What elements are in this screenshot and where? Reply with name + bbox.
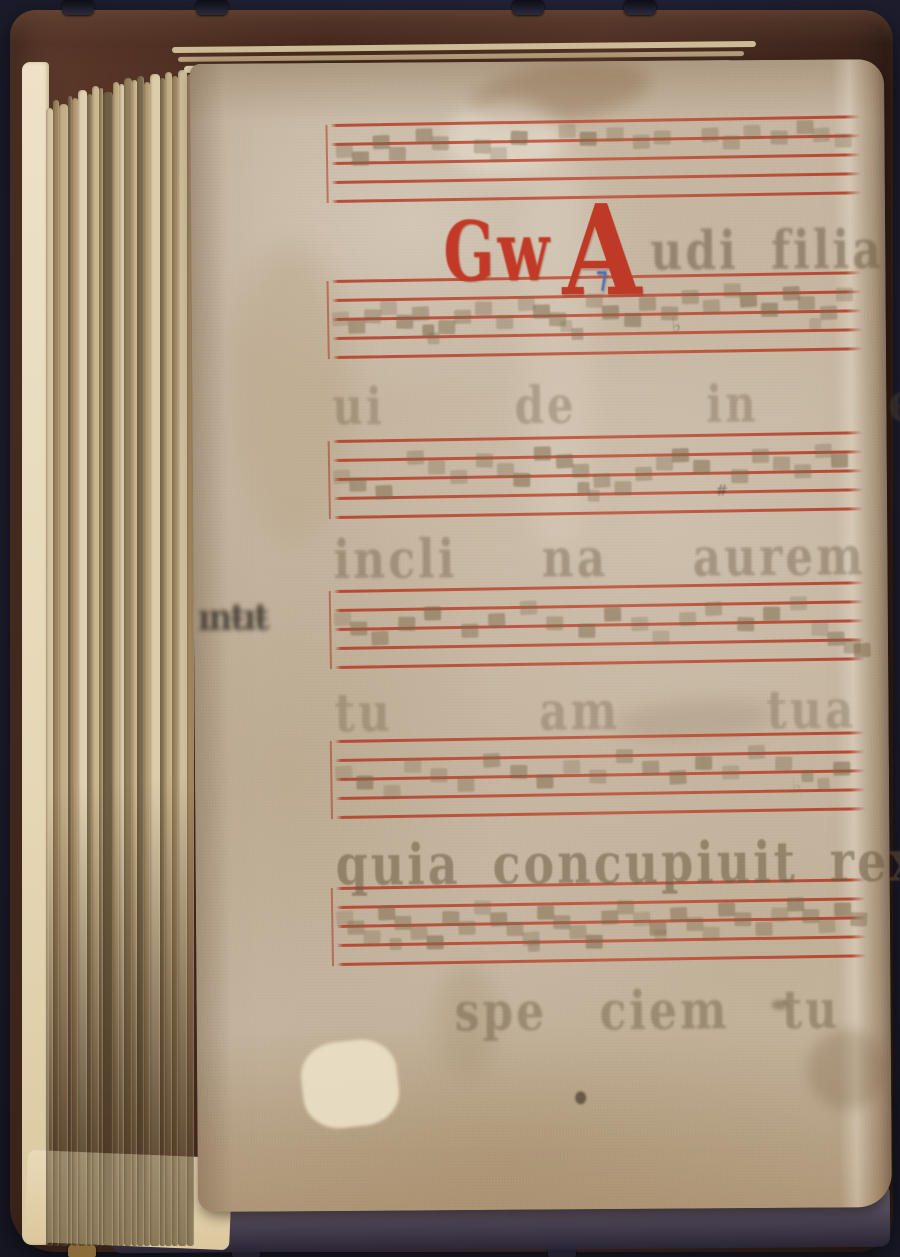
neume-square (833, 761, 850, 775)
chant-text-line: tu am tua (334, 683, 879, 740)
neume-square (348, 319, 365, 333)
neume-square (763, 607, 780, 621)
neume-square (834, 134, 851, 148)
neume-square (349, 477, 366, 491)
binding-boss (196, 0, 228, 15)
neume-square (656, 456, 673, 470)
neume-square (616, 749, 633, 763)
neume-square (442, 911, 459, 925)
endpaper-edge (22, 62, 49, 1245)
neume-square (363, 930, 380, 944)
neume-square (350, 621, 367, 635)
music-stave (334, 581, 866, 685)
neume-diamond (802, 770, 814, 782)
neume-diamond (428, 332, 440, 344)
staff-line (332, 328, 862, 340)
parchment-stain (807, 1029, 888, 1110)
neume-square (389, 147, 406, 161)
neume-square (357, 775, 374, 789)
neume-square (593, 473, 611, 488)
page-edge-strip (113, 82, 119, 1246)
neume-square (669, 770, 687, 785)
neume-diamond (527, 939, 540, 952)
neume-square (678, 612, 695, 627)
neume-square (373, 135, 391, 150)
neume-square (537, 905, 554, 919)
binding-boss (512, 0, 544, 15)
neume-square (631, 616, 649, 631)
staff-line (334, 600, 864, 612)
neume-square (428, 460, 445, 474)
neume-square (352, 152, 369, 166)
neume-square (404, 759, 421, 773)
neume-square (383, 785, 400, 800)
page-edge-strip (137, 76, 144, 1246)
neume-square (834, 902, 851, 916)
neume-square (586, 935, 603, 949)
neume-square (474, 139, 491, 153)
neume-square (827, 631, 844, 646)
binding-boss (624, 0, 656, 15)
neume-square (815, 443, 833, 458)
page-edge-strip (78, 90, 86, 1246)
neume-square (510, 765, 527, 779)
chant-text-line: Gw A⁊ udi filia et (331, 209, 877, 319)
neume-square (652, 631, 669, 645)
page-edge-strip (178, 70, 186, 1246)
neume-square (695, 756, 712, 770)
parchment-stain (298, 1036, 403, 1132)
neume-square (590, 769, 607, 783)
neume-square (490, 147, 507, 162)
music-stave: ♭ (335, 731, 867, 835)
neume-square (457, 778, 474, 793)
neume-square (335, 765, 353, 780)
neume-diamond (809, 318, 821, 330)
neume-square (558, 124, 576, 139)
neume-square (797, 120, 814, 134)
neume-square (635, 466, 653, 481)
neume-square (771, 908, 788, 922)
neume-square (347, 920, 364, 935)
neume-square (773, 456, 790, 470)
neume-square (431, 768, 448, 782)
stave-start-line (327, 281, 330, 359)
neume-square (461, 624, 478, 638)
neume-square (811, 622, 828, 636)
page-edge-strip (160, 78, 165, 1246)
neume-square (415, 128, 432, 143)
neume-square (601, 910, 619, 925)
neume-square (831, 453, 848, 467)
neume-square (794, 464, 811, 478)
neume-square (424, 606, 441, 620)
music-stave: # (333, 431, 865, 535)
neume-square (519, 600, 537, 615)
page-edge-strip (124, 78, 132, 1246)
staff-line (336, 788, 866, 800)
staff-line (333, 347, 863, 359)
neume-square (790, 596, 807, 611)
neume-square (744, 125, 762, 140)
neume-square (336, 143, 354, 158)
chant-text: udi filia et (650, 209, 900, 280)
neume-square (705, 601, 723, 616)
manuscript-photograph: Gw A⁊ udi filia et ınŧıŧ ♭#♭ui de in eti… (0, 0, 900, 1257)
neume-square (398, 617, 415, 631)
offset-ink-smudge: ınŧıŧ (198, 596, 268, 639)
neume-square (431, 136, 448, 150)
neume-diamond (817, 778, 830, 791)
chant-text-line: ui de in et (332, 378, 877, 433)
stave-start-line (329, 591, 332, 669)
staff-line (335, 657, 865, 669)
page-edge-strip (92, 86, 99, 1246)
neume-square (604, 607, 621, 622)
neume-square (718, 902, 735, 917)
parchment-stain (575, 1091, 586, 1104)
initial-ornament-icon: ⁊ (596, 267, 610, 290)
staff-line (336, 807, 866, 819)
chant-text-line: quia concupiuit rex (335, 833, 880, 893)
neume-square (407, 450, 425, 465)
page-edge-strip (53, 100, 58, 1246)
neume-square (580, 132, 597, 146)
neume-square (770, 130, 787, 144)
neume-square (563, 760, 581, 775)
neume-diamond (571, 328, 583, 340)
neume-square (775, 756, 792, 770)
page-edge-strip (103, 92, 112, 1246)
neume-square (737, 617, 754, 631)
staff-line (330, 115, 860, 127)
neume-square (553, 915, 570, 929)
neume-square (537, 774, 554, 788)
binding-boss (62, 0, 94, 15)
neume-square (633, 911, 651, 926)
neume-square (334, 611, 352, 626)
neume-square (734, 912, 751, 926)
neume-square (854, 643, 872, 658)
neume-square (410, 925, 428, 940)
neume-square (614, 481, 631, 495)
neume-square (748, 745, 766, 760)
neume-square (818, 918, 836, 933)
neume-square (617, 900, 634, 914)
neume-square (476, 453, 493, 467)
neume-square (497, 463, 514, 477)
parchment-page: Gw A⁊ udi filia et ınŧıŧ ♭#♭ui de in eti… (190, 59, 892, 1212)
page-edge-strip (59, 104, 68, 1246)
page-edge-strip (165, 72, 172, 1246)
neume-square (702, 927, 719, 941)
neume-square (813, 127, 831, 142)
neume-square (474, 900, 491, 914)
neume-square (755, 922, 772, 937)
neume-square (731, 469, 748, 483)
neume-square (534, 446, 551, 460)
neume-square (438, 320, 455, 334)
neume-square (488, 613, 506, 628)
neume-square (458, 921, 475, 936)
stave-start-line (330, 741, 333, 819)
neume-square (722, 765, 739, 779)
neume-square (701, 127, 719, 142)
stave-start-line (325, 125, 328, 203)
neume-square (450, 470, 468, 485)
neume-square (427, 935, 444, 949)
staff-line (331, 153, 861, 165)
flat-sign: ♭ (791, 774, 802, 795)
neume-square (483, 753, 501, 768)
neume-square (654, 130, 671, 144)
stave-start-line (328, 441, 331, 519)
neume-diamond (390, 938, 402, 950)
neume-square (578, 624, 595, 638)
neume-square (378, 906, 396, 921)
stave-start-line (331, 888, 334, 966)
neume-square (490, 912, 508, 927)
page-edge-strip (46, 108, 53, 1246)
neume-square (395, 916, 412, 930)
staff-line (334, 507, 864, 519)
staff-line (337, 954, 867, 966)
neume-square (570, 925, 587, 940)
neume-square (803, 909, 820, 923)
flat-sign: ♭ (671, 314, 682, 335)
chant-text-line: spe ciem tu (336, 982, 900, 1040)
neume-square (850, 912, 867, 926)
neume-diamond (655, 930, 667, 942)
neume-square (672, 448, 690, 463)
neume-square (511, 131, 528, 145)
neume-square (723, 135, 740, 149)
neume-square (376, 485, 394, 500)
neume-square (751, 449, 768, 464)
neume-square (546, 616, 563, 630)
neume-square (670, 907, 688, 922)
neume-diamond (588, 490, 600, 502)
neume-square (371, 631, 389, 646)
custos-mark: # (715, 483, 728, 498)
neume-square (572, 464, 589, 478)
neume-square (786, 897, 804, 912)
neume-square (513, 473, 530, 487)
stacked-page-edges (46, 70, 194, 1246)
neume-square (686, 917, 703, 931)
neume-square (642, 761, 659, 776)
neume-square (506, 922, 523, 936)
neume-square (555, 454, 573, 469)
neume-square (606, 127, 623, 141)
neume-square (633, 134, 651, 149)
neume-square (693, 460, 710, 474)
decorated-initial: A⁊ (562, 199, 645, 305)
rubric-abbreviation: Gw (443, 211, 552, 294)
neume-square (333, 469, 351, 484)
chant-text-line: incli na aurem (333, 530, 878, 587)
staff-line (335, 638, 865, 650)
page-edge-strip (150, 74, 159, 1246)
